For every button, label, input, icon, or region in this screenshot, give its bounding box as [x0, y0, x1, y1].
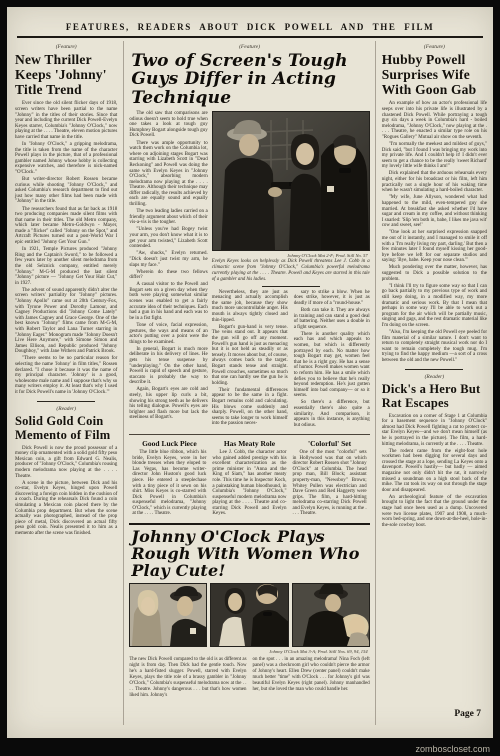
- tough-guys-col2: Nevertheless, they are just as menacing …: [212, 290, 291, 430]
- section-tag: (Reader): [15, 406, 117, 412]
- mini-article-has-meaty-role: Has Meaty Role Lee J. Cobb, the characte…: [209, 438, 289, 519]
- page-columns: (Feature) New Thriller Keeps 'Johnny' Ti…: [7, 41, 493, 725]
- article-headline-new-thriller: New Thriller Keeps 'Johnny' Title Trend: [15, 52, 117, 97]
- pressbook-page: { "page": { "masthead": "FEATURES, READE…: [0, 0, 500, 756]
- paragraph: A casual visitor to the Powell and Bogar…: [129, 282, 207, 321]
- paragraph: Their fundamental differences appear to …: [212, 388, 288, 427]
- paragraph: There is another quality which each has …: [294, 332, 370, 399]
- bottom-caption-col1: The new Dick Powell compared to the old …: [129, 657, 249, 698]
- paragraph: "I think I'll try to figure some way so …: [382, 284, 487, 329]
- paragraph: "Aw, shucks," Evelyn returned. "Dick doe…: [129, 251, 207, 268]
- paragraph: Again, Bogart's eyes are cold and steely…: [129, 387, 207, 421]
- tough-guys-photo-block: Johnny O'Clock Mat 2-F; Prod. Still No. …: [212, 111, 370, 430]
- masthead-title: FEATURES, READERS ABOUT DICK POWELL AND …: [7, 22, 493, 32]
- article-headline-tough-guys: Two of Screen's Tough Guys Differ in Act…: [131, 52, 369, 107]
- section-rule-thick: [129, 523, 369, 525]
- section-tag: (Feature): [129, 44, 369, 50]
- paragraph: "Also, I'm keeping the old Powell eye pe…: [382, 330, 487, 364]
- paragraph: sary to strike a blow. When he does stri…: [294, 290, 370, 307]
- scene-photo-ellen-drew: [210, 583, 288, 647]
- paragraph: Nevertheless, they are just as menacing …: [212, 290, 288, 324]
- paragraph: Both can take it. They are always in tra…: [294, 308, 370, 330]
- bottom-caption-columns: The new Dick Powell compared to the old …: [129, 657, 369, 698]
- page-number: Page 7: [454, 709, 481, 719]
- paragraph: But writer-director Robert Rossen became…: [15, 177, 117, 205]
- photo-caption: Evelyn Keyes looks on helplessly as Dick…: [212, 259, 370, 283]
- caption-text: The new Dick Powell compared to the old …: [129, 657, 246, 698]
- article-headline-solid-gold-coin: Solid Gold Coin Memento of Film: [15, 414, 117, 442]
- article-headline-hubby-powell: Hubby Powell Surprises Wife With Goon Ga…: [382, 52, 487, 97]
- left-column: (Feature) New Thriller Keeps 'Johnny' Ti…: [7, 41, 123, 725]
- masthead-rule: [17, 36, 483, 38]
- paragraph: "There seems to be no particular reason …: [15, 356, 117, 395]
- paragraph: The two leading ladies carried on a frie…: [129, 209, 207, 226]
- article-headline-plays-rough: Johnny O'Clock Plays Rough With Women Wh…: [131, 528, 369, 580]
- paragraph: An archeological feature of the excavati…: [382, 495, 487, 529]
- paragraph: Wherein do these two fellows differ?: [129, 270, 207, 281]
- watermark: zomboscloset.com: [415, 744, 490, 754]
- paragraph: Excavation on a corner of Stage 1 at Col…: [382, 414, 487, 448]
- paragraph: "Unless you've had Bogey twist your arm,…: [129, 227, 207, 249]
- mini-article-good-luck-piece: Good Luck Piece The little blue ribbon, …: [129, 438, 209, 519]
- mini-article-colorful-set: 'Colorful' Set One of the most "colorful…: [290, 438, 370, 519]
- mini-headline: Has Meaty Role: [212, 439, 286, 448]
- bottom-photo-strip: [129, 583, 369, 647]
- mini-headline: Good Luck Piece: [132, 439, 206, 448]
- article-divider: [37, 401, 95, 402]
- paragraph: Much pondering over the matter, however,…: [382, 265, 487, 282]
- paragraph: Dick Powell is now the proud possessor o…: [15, 446, 117, 480]
- paragraph: Lee J. Cobb, the character actor who gai…: [212, 450, 286, 517]
- paragraph: A scene in the picture, between Dick and…: [15, 481, 117, 537]
- paragraph: The little blue ribbon, which his bride,…: [132, 450, 206, 517]
- section-tag: (Feature): [382, 44, 487, 50]
- right-column: (Feature) Hubby Powell Surprises Wife Wi…: [376, 41, 493, 725]
- tough-guys-lower-columns: Nevertheless, they are just as menacing …: [212, 290, 370, 430]
- tough-guys-col3: sary to strike a blow. When he does stri…: [291, 290, 370, 430]
- section-tag: (Reader): [382, 374, 487, 380]
- article-headline-dicks-a-hero: Dick's a Hero But Rat Escapes: [382, 382, 487, 410]
- paragraph: Dick explained that the arduous rehearsa…: [382, 171, 487, 193]
- paragraph: In "Johnny O'Clock," a gripping melodram…: [15, 142, 117, 176]
- paragraph: The old saw that comparisons are odious …: [129, 111, 207, 139]
- scene-photo-illustration: [213, 112, 369, 250]
- paragraph: In general, Bogart is much more delibera…: [129, 347, 207, 386]
- paragraph: Tone of voice, facial expression, gestur…: [129, 323, 207, 345]
- paragraph: Bogart's gun-hand is very tense. The vei…: [212, 325, 288, 387]
- middle-column: (Feature) Two of Screen's Tough Guys Dif…: [123, 41, 375, 725]
- paragraph: The advent of sound apparently didn't al…: [15, 288, 117, 355]
- paragraph: One of the most "colorful" sets in Holly…: [293, 450, 367, 517]
- mini-articles-row: Good Luck Piece The little blue ribbon, …: [129, 438, 369, 519]
- paragraph: "My wife, June Allyson, wondered what ha…: [382, 195, 487, 229]
- paragraph: Ever since the old silent flicker days o…: [15, 101, 117, 140]
- photo-credit: Johnny O'Clock Mat 3-A; Prod. Still Nos.…: [129, 649, 367, 654]
- newspaper-page: FEATURES, READERS ABOUT DICK POWELL AND …: [7, 7, 493, 738]
- paragraph: "One look at her surprised expression sn…: [382, 230, 487, 264]
- scene-photo-gun-threat: [212, 111, 370, 251]
- mini-headline: 'Colorful' Set: [293, 439, 367, 448]
- section-tag: (Feature): [15, 44, 117, 50]
- paragraph: There was ample opportunity to watch the…: [129, 141, 207, 208]
- scene-photo-nina-foch: [129, 583, 207, 647]
- caption-text: on the spot . . . in an amazing melodram…: [253, 657, 370, 692]
- section-rule: [129, 434, 369, 435]
- paragraph: An example of how an actor's professiona…: [382, 101, 487, 140]
- paragraph: "I'm normally the meekest and mildest of…: [382, 142, 487, 170]
- paragraph: The researchers found that as far back a…: [15, 207, 117, 246]
- paragraph: So there's a difference, but essentially…: [294, 400, 370, 428]
- paragraph: In 1921, Temple Pictures produced "Johnn…: [15, 247, 117, 286]
- article-divider: [405, 369, 463, 370]
- tough-guys-col1: The old saw that comparisons are odious …: [129, 111, 211, 430]
- masthead: FEATURES, READERS ABOUT DICK POWELL AND …: [7, 7, 493, 38]
- photo-credit: Johnny O'Clock Mat 2-F; Prod. Still No. …: [212, 253, 368, 258]
- paragraph: The rodent came from the eight-foot hole…: [382, 449, 487, 494]
- scene-photo-evelyn-keyes: [292, 583, 370, 647]
- tough-guys-article-body: The old saw that comparisons are odious …: [129, 111, 369, 430]
- bottom-caption-col2: on the spot . . . in an amazing melodram…: [250, 657, 370, 698]
- caption-divider: [262, 286, 320, 287]
